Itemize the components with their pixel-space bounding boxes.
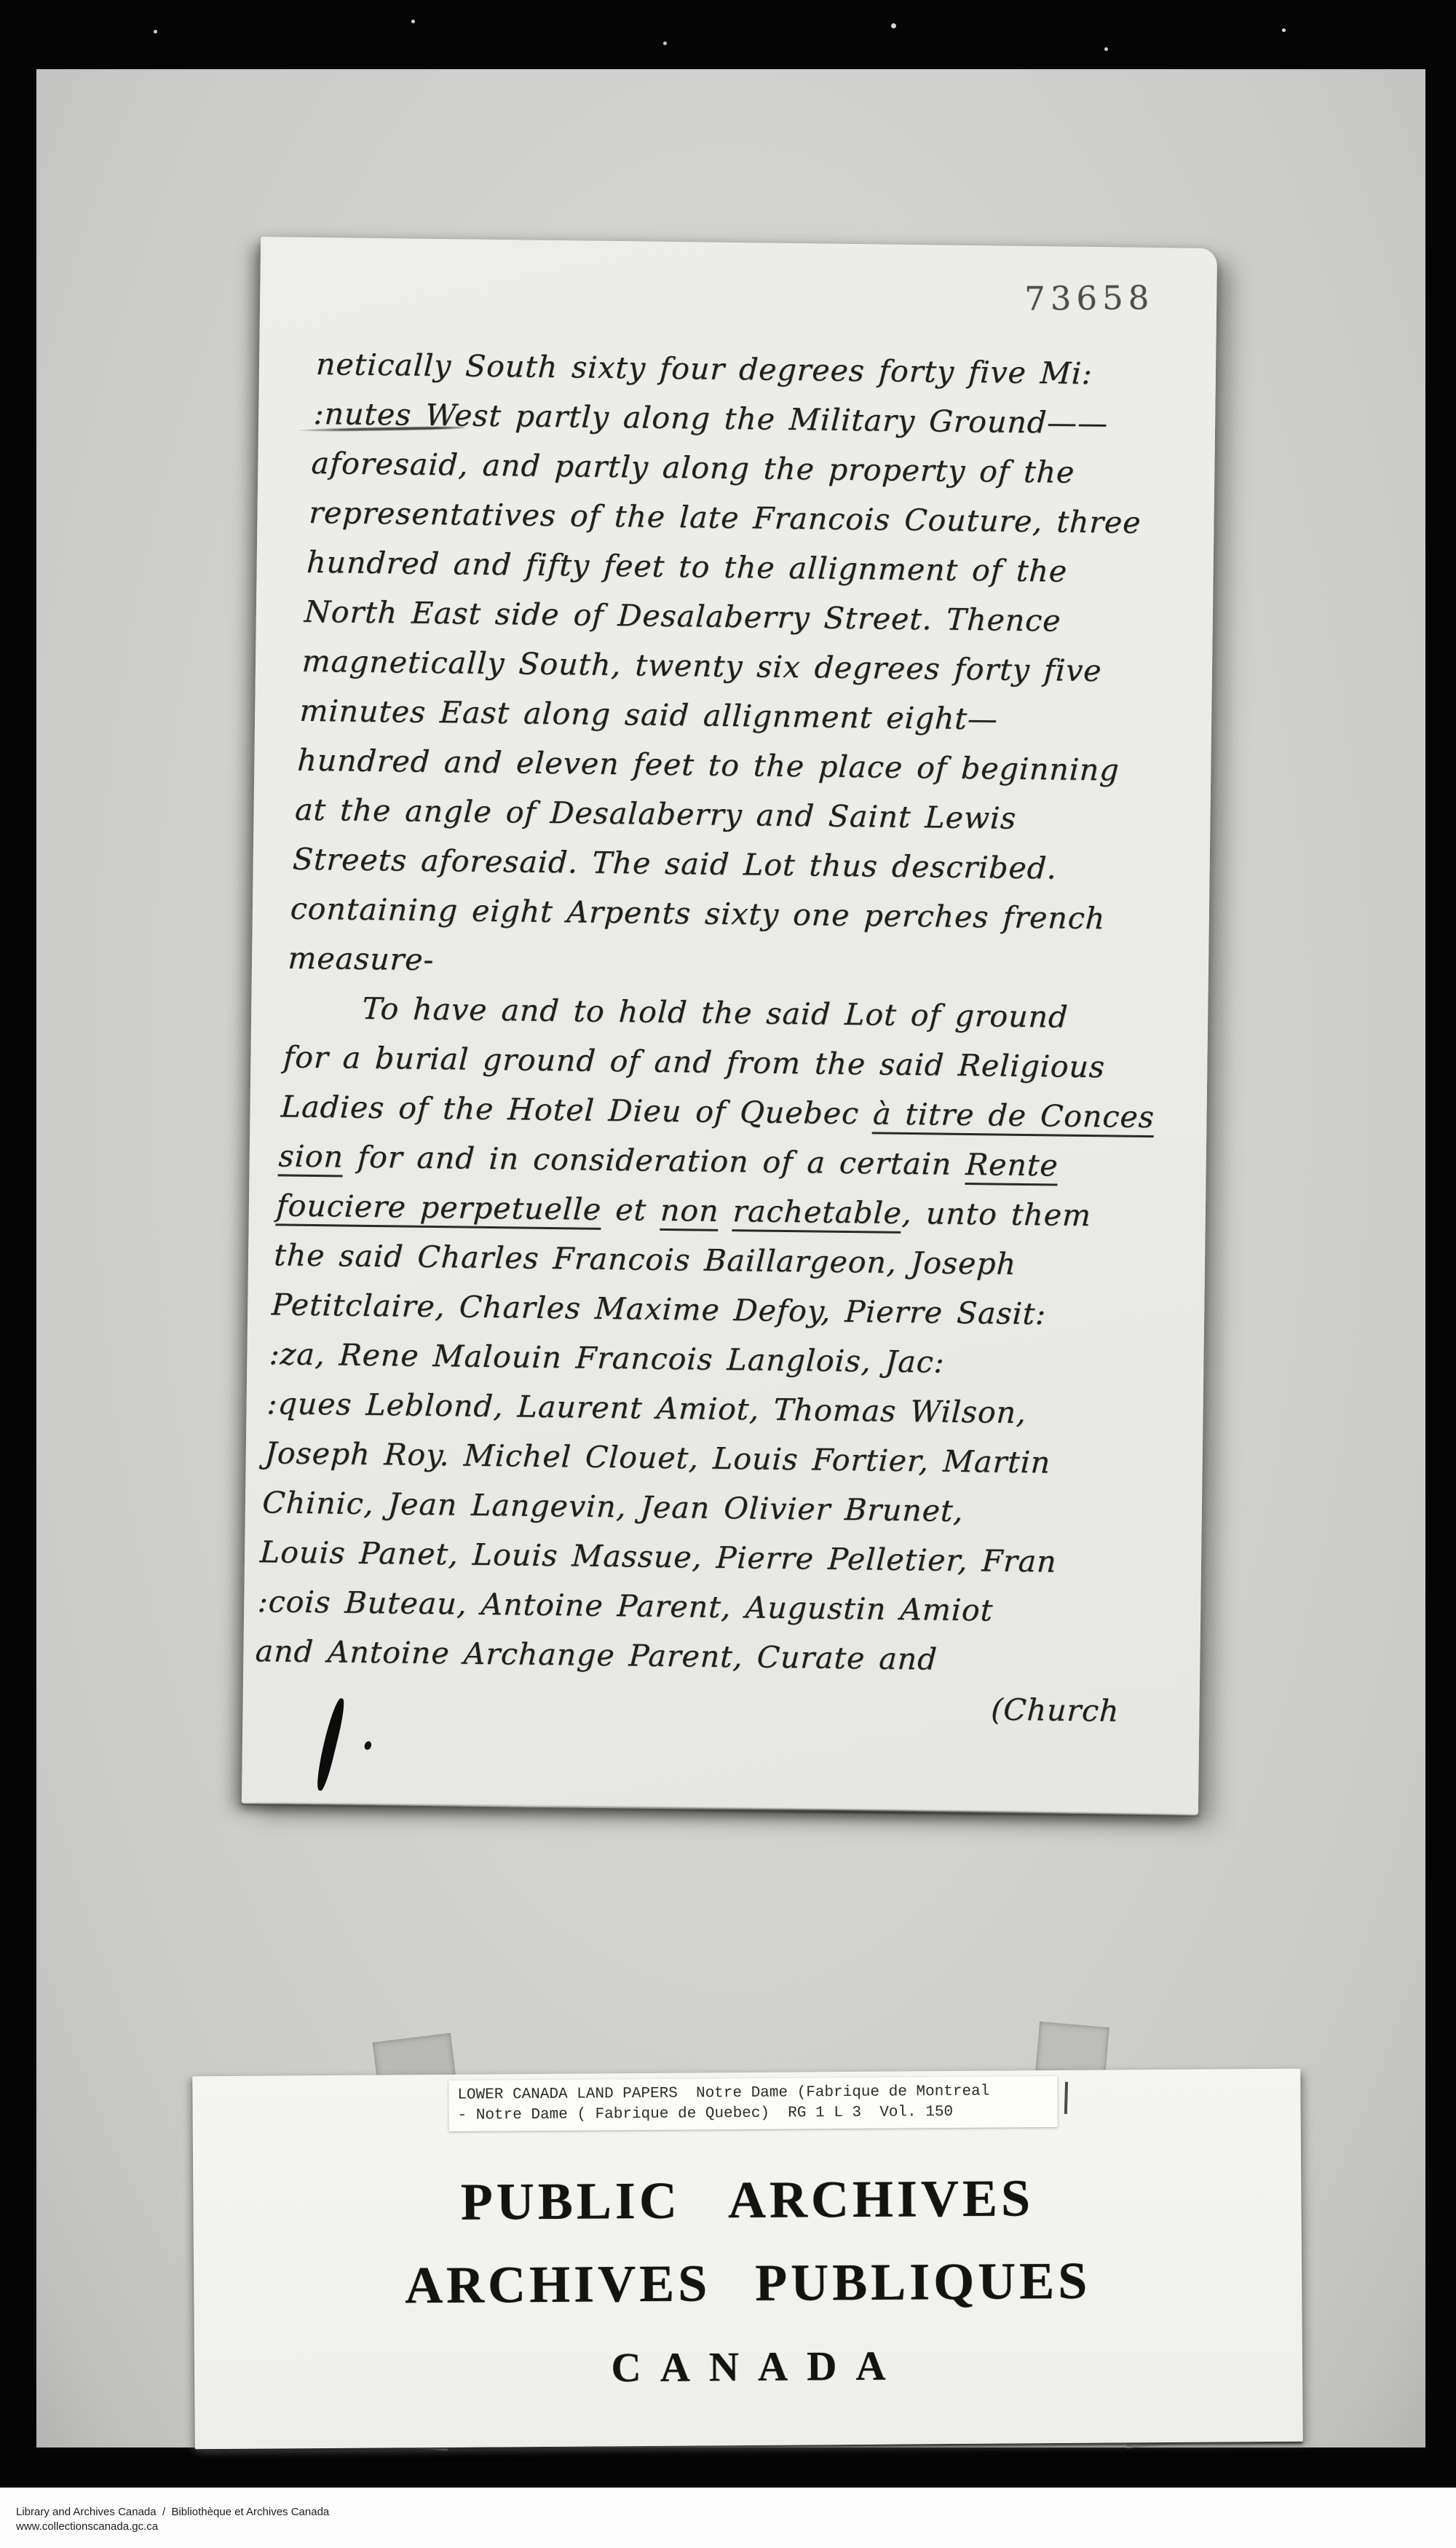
manuscript-text-run: Petitclaire, Charles Maxime Defoy, Pierr… bbox=[271, 1287, 1047, 1331]
manuscript-text-run bbox=[719, 1194, 734, 1228]
manuscript-page: 73658 netically South sixty four degrees… bbox=[242, 237, 1217, 1815]
manuscript-text-run: hundred and fifty feet to the allignment… bbox=[306, 545, 1068, 589]
manuscript-text-run: To have and to hold the said Lot of grou… bbox=[361, 991, 1069, 1035]
archives-stamp-card: LOWER CANADA LAND PAPERS Notre Dame (Fab… bbox=[192, 2069, 1303, 2450]
manuscript-text-run: hundred and eleven feet to the place of … bbox=[296, 743, 1120, 788]
ink-dot bbox=[363, 1740, 373, 1751]
manuscript-text-run: Joseph Roy. Michel Clouet, Louis Fortier… bbox=[264, 1435, 1051, 1480]
public-archives-title-french: ARCHIVES PUBLIQUES bbox=[194, 2249, 1302, 2318]
digitization-footer: Library and Archives Canada / Bibliothèq… bbox=[0, 2488, 1456, 2548]
manuscript-text-run: :za, Rene Malouin Francois Langlois, Jac… bbox=[269, 1336, 946, 1379]
manuscript-text-run: Louis Panet, Louis Massue, Pierre Pellet… bbox=[259, 1534, 1058, 1579]
manuscript-line: (Church bbox=[252, 1676, 1173, 1736]
manuscript-text-run: measure- bbox=[288, 941, 435, 977]
manuscript-text-run: :ques Leblond, Laurent Amiot, Thomas Wil… bbox=[266, 1386, 1028, 1430]
manuscript-text-run: Chinic, Jean Langevin, Jean Olivier Brun… bbox=[261, 1485, 964, 1529]
underlined-phrase: sion bbox=[278, 1138, 345, 1177]
manuscript-text-run: (Church bbox=[990, 1692, 1120, 1728]
manuscript-text-run: Streets aforesaid. The said Lot thus des… bbox=[292, 842, 1058, 886]
manuscript-text-run: Ladies of the Hotel Dieu of Quebec bbox=[280, 1089, 874, 1131]
page-number-stamp: 73658 bbox=[1024, 278, 1155, 318]
manuscript-text-run: netically South sixty four degrees forty… bbox=[315, 347, 1093, 391]
underlined-phrase: rachetable bbox=[732, 1194, 903, 1234]
manuscript-text: netically South sixty four degrees forty… bbox=[252, 339, 1236, 1736]
underlined-phrase: non bbox=[660, 1193, 720, 1231]
archive-reference-label: LOWER CANADA LAND PAPERS Notre Dame (Fab… bbox=[448, 2076, 1057, 2131]
scanned-document-viewport: { "document": { "stamp_number": "73658",… bbox=[0, 0, 1456, 2548]
manuscript-text-run: representatives of the late Francois Cou… bbox=[308, 495, 1142, 540]
label-edge-mark bbox=[1064, 2082, 1068, 2114]
reference-label-line-2: - Notre Dame ( Fabrique de Quebec) RG 1 … bbox=[458, 2102, 1049, 2126]
canada-label: CANADA bbox=[194, 2340, 1302, 2395]
reference-label-line-1: LOWER CANADA LAND PAPERS Notre Dame (Fab… bbox=[457, 2081, 1048, 2106]
manuscript-text-run: the said Charles Francois Baillargeon, J… bbox=[273, 1237, 1017, 1281]
manuscript-text-run: , unto them bbox=[901, 1196, 1092, 1233]
footer-credit-text: Library and Archives Canada / Bibliothèq… bbox=[16, 2505, 329, 2534]
manuscript-text-run: magnetically South, twenty six degrees f… bbox=[301, 644, 1103, 688]
manuscript-text-run: for a burial ground of and from the said… bbox=[282, 1040, 1106, 1085]
public-archives-title-english: PUBLIC ARCHIVES bbox=[193, 2166, 1302, 2235]
footer-credit-url: www.collectionscanada.gc.ca bbox=[16, 2520, 329, 2534]
manuscript-text-run: :cois Buteau, Antoine Parent, Augustin A… bbox=[257, 1584, 994, 1628]
footer-credit-line-1: Library and Archives Canada / Bibliothèq… bbox=[16, 2505, 329, 2520]
manuscript-text-run: minutes East along said allignment eight… bbox=[299, 693, 1000, 737]
manuscript-text-run: containing eight Arpents sixty one perch… bbox=[290, 891, 1107, 936]
manuscript-text-run: :nutes West partly along the Military Gr… bbox=[313, 396, 1109, 441]
underlined-phrase: Rente bbox=[965, 1147, 1059, 1186]
manuscript-text-run: for and in consideration of a certain bbox=[343, 1140, 967, 1182]
underlined-phrase: fouciere perpetuelle bbox=[275, 1188, 602, 1229]
manuscript-text-run: North East side of Desalaberry Street. T… bbox=[304, 594, 1062, 639]
film-dust-specks bbox=[0, 0, 2, 2]
manuscript-text-run: and Antoine Archange Parent, Curate and bbox=[255, 1633, 938, 1676]
underlined-phrase: à titre de Conces bbox=[872, 1096, 1155, 1137]
manuscript-text-run: et bbox=[601, 1192, 661, 1228]
manuscript-text-run: at the angle of Desalaberry and Saint Le… bbox=[294, 792, 1017, 836]
manuscript-text-run: aforesaid, and partly along the property… bbox=[311, 446, 1076, 490]
